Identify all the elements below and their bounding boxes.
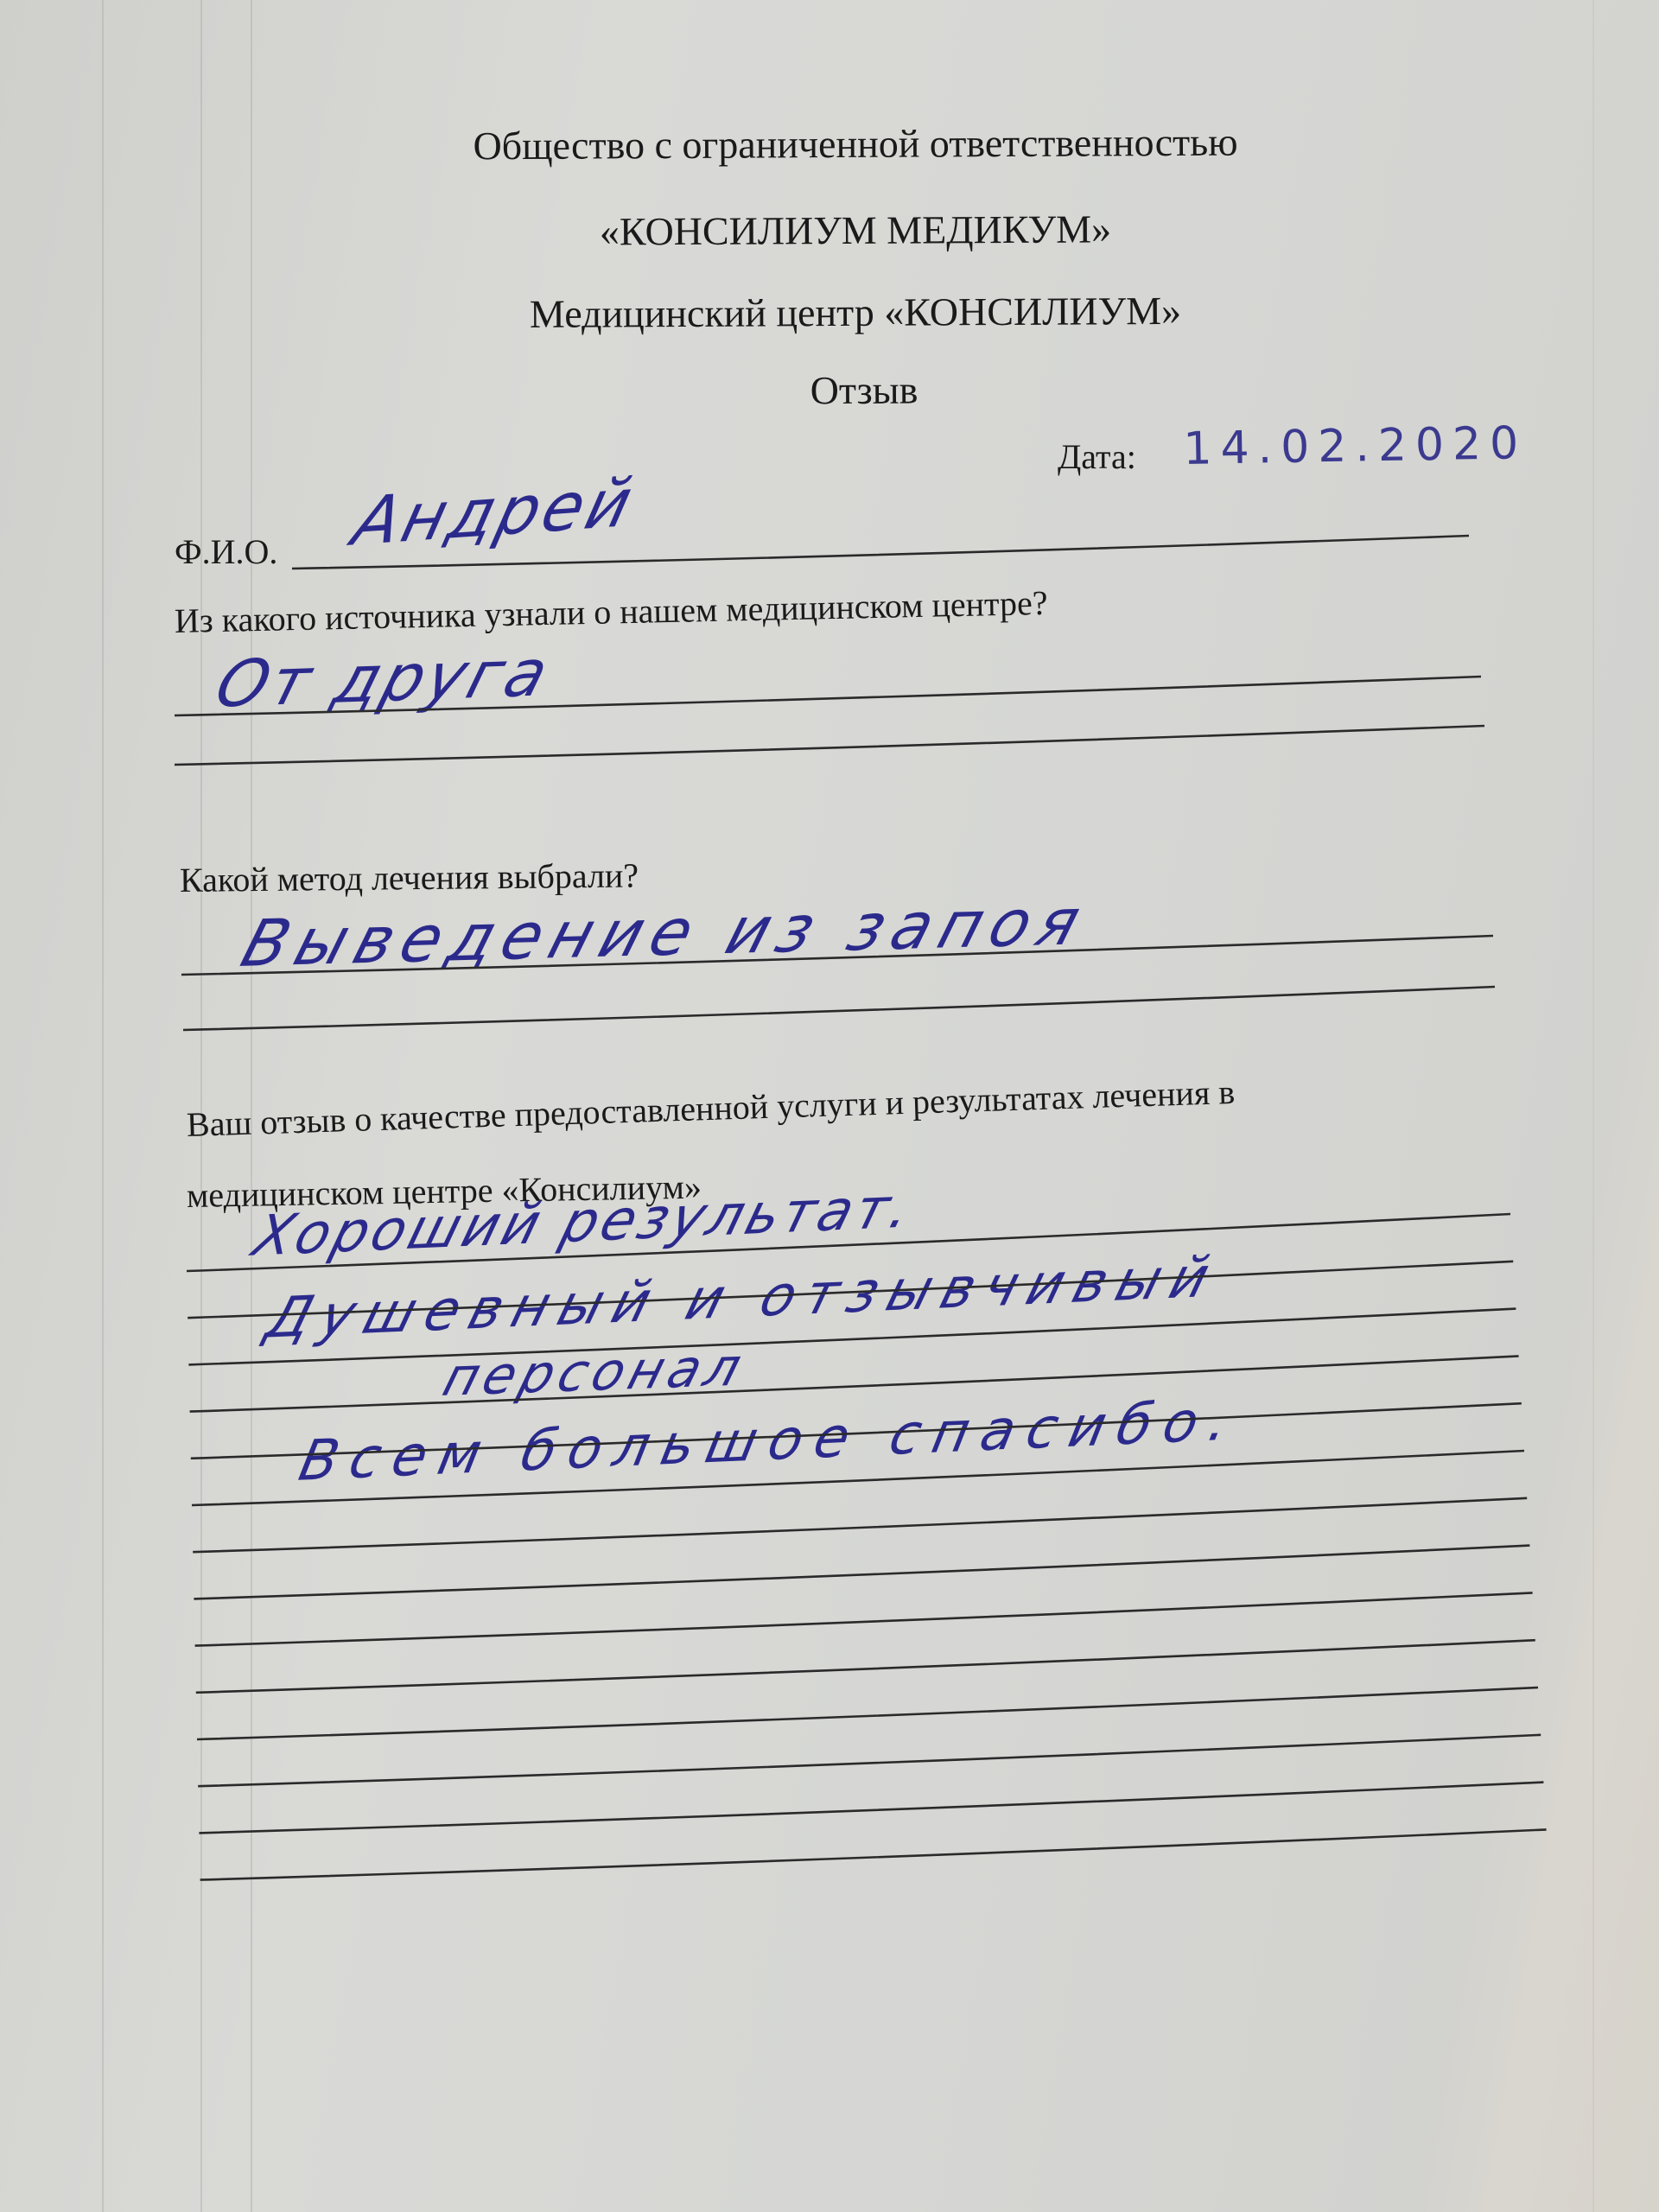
feedback-rule xyxy=(191,1403,1522,1459)
feedback-rule xyxy=(197,1688,1538,1739)
feedback-rule xyxy=(199,1783,1543,1834)
feedback-rule xyxy=(195,1592,1533,1645)
source-rule xyxy=(175,677,1481,715)
feedback-rule xyxy=(193,1498,1527,1552)
method-rule xyxy=(183,987,1495,1030)
feedback-rule xyxy=(188,1262,1513,1318)
source-rule xyxy=(175,726,1484,765)
feedback-rule xyxy=(198,1735,1541,1786)
feedback-rule xyxy=(188,1309,1516,1365)
method-rule xyxy=(181,936,1493,975)
feedback-rule xyxy=(200,1829,1547,1879)
feedback-rule xyxy=(190,1356,1519,1411)
feedback-form-page: Общество с ограниченной ответственностью… xyxy=(0,0,1659,2212)
feedback-rule xyxy=(196,1640,1535,1693)
feedback-rule xyxy=(192,1451,1524,1505)
form-ruled-lines xyxy=(0,0,1659,2212)
feedback-rule xyxy=(194,1546,1529,1599)
feedback-rule xyxy=(187,1214,1510,1271)
name-rule xyxy=(292,536,1469,569)
